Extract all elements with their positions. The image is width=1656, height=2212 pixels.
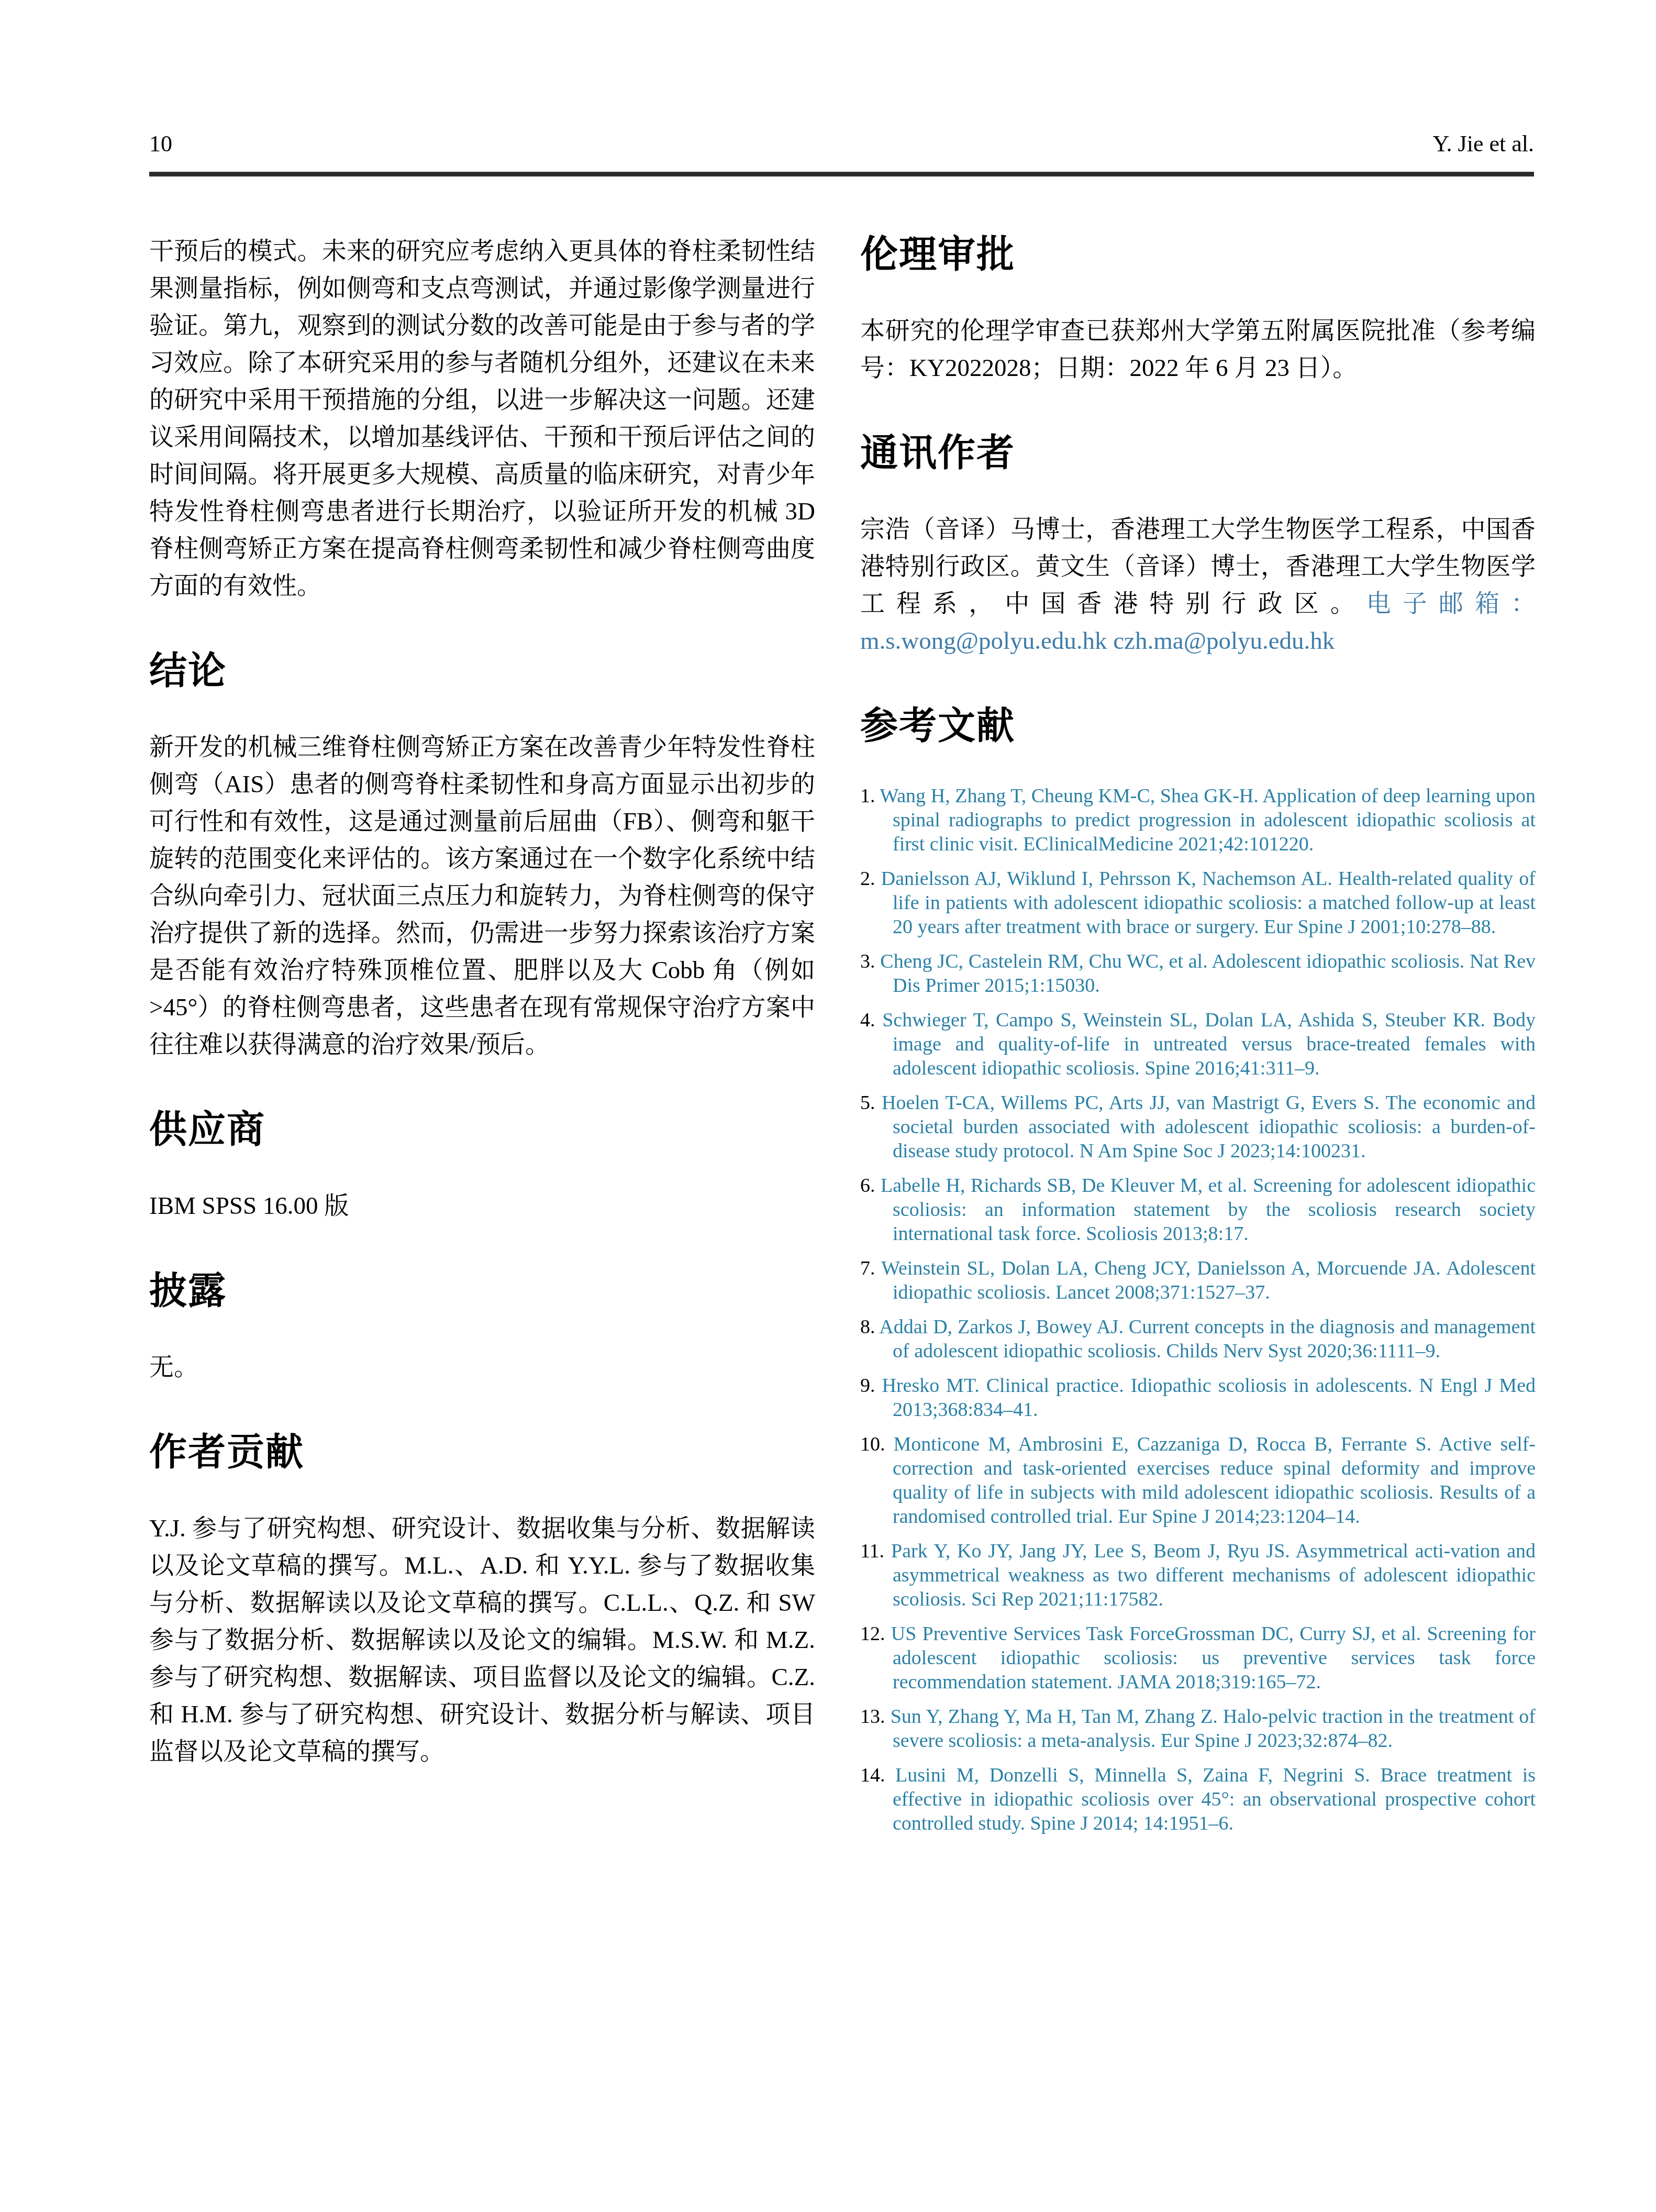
right-column: 伦理审批 本研究的伦理学审查已获郑州大学第五附属医院批准（参考编号：KY2022… [860, 233, 1536, 1846]
reference-number: 6. [860, 1175, 875, 1197]
reference-link[interactable]: Schwieger T, Campo S, Weinstein SL, Dola… [882, 1009, 1536, 1079]
reference-number: 10. [860, 1433, 885, 1455]
paragraph-vendor: IBM SPSS 16.00 版 [149, 1188, 815, 1225]
reference-number: 5. [860, 1092, 875, 1114]
reference-number: 2. [860, 868, 875, 890]
paragraph-corresponding-author: 宗浩（音译）马博士，香港理工大学生物医学工程系，中国香港特别行政区。黄文生（音译… [860, 511, 1536, 660]
reference-list: 1. Wang H, Zhang T, Cheung KM-C, Shea GK… [860, 784, 1536, 1835]
reference-number: 11. [860, 1540, 884, 1562]
reference-link[interactable]: Park Y, Ko JY, Jang JY, Lee S, Beom J, R… [891, 1540, 1536, 1610]
heading-author-contributions: 作者贡献 [149, 1431, 815, 1474]
reference-number: 14. [860, 1764, 885, 1786]
left-column: 干预后的模式。未来的研究应考虑纳入更具体的脊柱柔韧性结果测量指标，例如侧弯和支点… [149, 233, 815, 1771]
heading-disclosure: 披露 [149, 1269, 815, 1312]
reference-item: 14. Lusini M, Donzelli S, Minnella S, Za… [860, 1763, 1536, 1835]
paragraph-ethics-approval: 本研究的伦理学审查已获郑州大学第五附属医院批准（参考编号：KY2022028；日… [860, 313, 1536, 387]
reference-number: 1. [860, 785, 875, 807]
paragraph-author-contributions: Y.J. 参与了研究构想、研究设计、数据收集与分析、数据解读以及论文草稿的撰写。… [149, 1510, 815, 1771]
heading-corresponding-author: 通讯作者 [860, 432, 1536, 474]
page-number: 10 [149, 131, 172, 157]
paragraph-future-research: 干预后的模式。未来的研究应考虑纳入更具体的脊柱柔韧性结果测量指标，例如侧弯和支点… [149, 233, 815, 605]
reference-number: 9. [860, 1375, 875, 1397]
paper-page: 10 Y. Jie et al. 干预后的模式。未来的研究应考虑纳入更具体的脊柱… [0, 0, 1656, 2212]
reference-link[interactable]: Wang H, Zhang T, Cheung KM-C, Shea GK-H.… [880, 785, 1536, 855]
reference-item: 7. Weinstein SL, Dolan LA, Cheng JCY, Da… [860, 1256, 1536, 1304]
reference-item: 9. Hresko MT. Clinical practice. Idiopat… [860, 1374, 1536, 1422]
heading-ethics-approval: 伦理审批 [860, 233, 1536, 276]
page-header: 10 Y. Jie et al. [149, 131, 1534, 157]
heading-references: 参考文献 [860, 704, 1536, 747]
heading-vendor: 供应商 [149, 1108, 815, 1151]
reference-link[interactable]: Hresko MT. Clinical practice. Idiopathic… [882, 1375, 1536, 1421]
reference-link[interactable]: US Preventive Services Task ForceGrossma… [891, 1623, 1536, 1693]
reference-link[interactable]: Hoelen T-CA, Willems PC, Arts JJ, van Ma… [882, 1092, 1536, 1162]
header-rule [149, 172, 1534, 176]
heading-conclusion: 结论 [149, 649, 815, 692]
email-link[interactable]: m.s.wong@polyu.edu.hk czh.ma@polyu.edu.h… [860, 627, 1335, 655]
reference-item: 4. Schwieger T, Campo S, Weinstein SL, D… [860, 1008, 1536, 1080]
reference-item: 1. Wang H, Zhang T, Cheung KM-C, Shea GK… [860, 784, 1536, 856]
reference-number: 4. [860, 1009, 875, 1031]
reference-number: 12. [860, 1623, 885, 1645]
reference-item: 2. Danielsson AJ, Wiklund I, Pehrsson K,… [860, 867, 1536, 939]
paragraph-disclosure: 无。 [149, 1349, 815, 1386]
reference-link[interactable]: Monticone M, Ambrosini E, Cazzaniga D, R… [893, 1433, 1536, 1528]
reference-number: 7. [860, 1257, 875, 1279]
reference-number: 3. [860, 950, 875, 972]
reference-link[interactable]: Sun Y, Zhang Y, Ma H, Tan M, Zhang Z. Ha… [891, 1706, 1536, 1752]
paragraph-conclusion: 新开发的机械三维脊柱侧弯矫正方案在改善青少年特发性脊柱侧弯（AIS）患者的侧弯脊… [149, 729, 815, 1064]
running-head: Y. Jie et al. [1433, 131, 1535, 157]
reference-item: 5. Hoelen T-CA, Willems PC, Arts JJ, van… [860, 1091, 1536, 1163]
reference-item: 6. Labelle H, Richards SB, De Kleuver M,… [860, 1174, 1536, 1246]
reference-link[interactable]: Labelle H, Richards SB, De Kleuver M, et… [881, 1175, 1536, 1245]
reference-item: 8. Addai D, Zarkos J, Bowey AJ. Current … [860, 1315, 1536, 1363]
reference-link[interactable]: Danielsson AJ, Wiklund I, Pehrsson K, Na… [881, 868, 1536, 938]
reference-link[interactable]: Addai D, Zarkos J, Bowey AJ. Current con… [879, 1316, 1536, 1362]
reference-item: 12. US Preventive Services Task ForceGro… [860, 1622, 1536, 1694]
reference-number: 8. [860, 1316, 875, 1338]
reference-link[interactable]: Weinstein SL, Dolan LA, Cheng JCY, Danie… [881, 1257, 1536, 1303]
reference-item: 13. Sun Y, Zhang Y, Ma H, Tan M, Zhang Z… [860, 1705, 1536, 1753]
reference-link[interactable]: Lusini M, Donzelli S, Minnella S, Zaina … [893, 1764, 1536, 1834]
reference-item: 11. Park Y, Ko JY, Jang JY, Lee S, Beom … [860, 1539, 1536, 1611]
reference-link[interactable]: Cheng JC, Castelein RM, Chu WC, et al. A… [880, 950, 1536, 997]
reference-item: 10. Monticone M, Ambrosini E, Cazzaniga … [860, 1432, 1536, 1529]
reference-number: 13. [860, 1706, 885, 1728]
reference-item: 3. Cheng JC, Castelein RM, Chu WC, et al… [860, 949, 1536, 998]
email-label: 电子邮箱： [1366, 590, 1536, 617]
